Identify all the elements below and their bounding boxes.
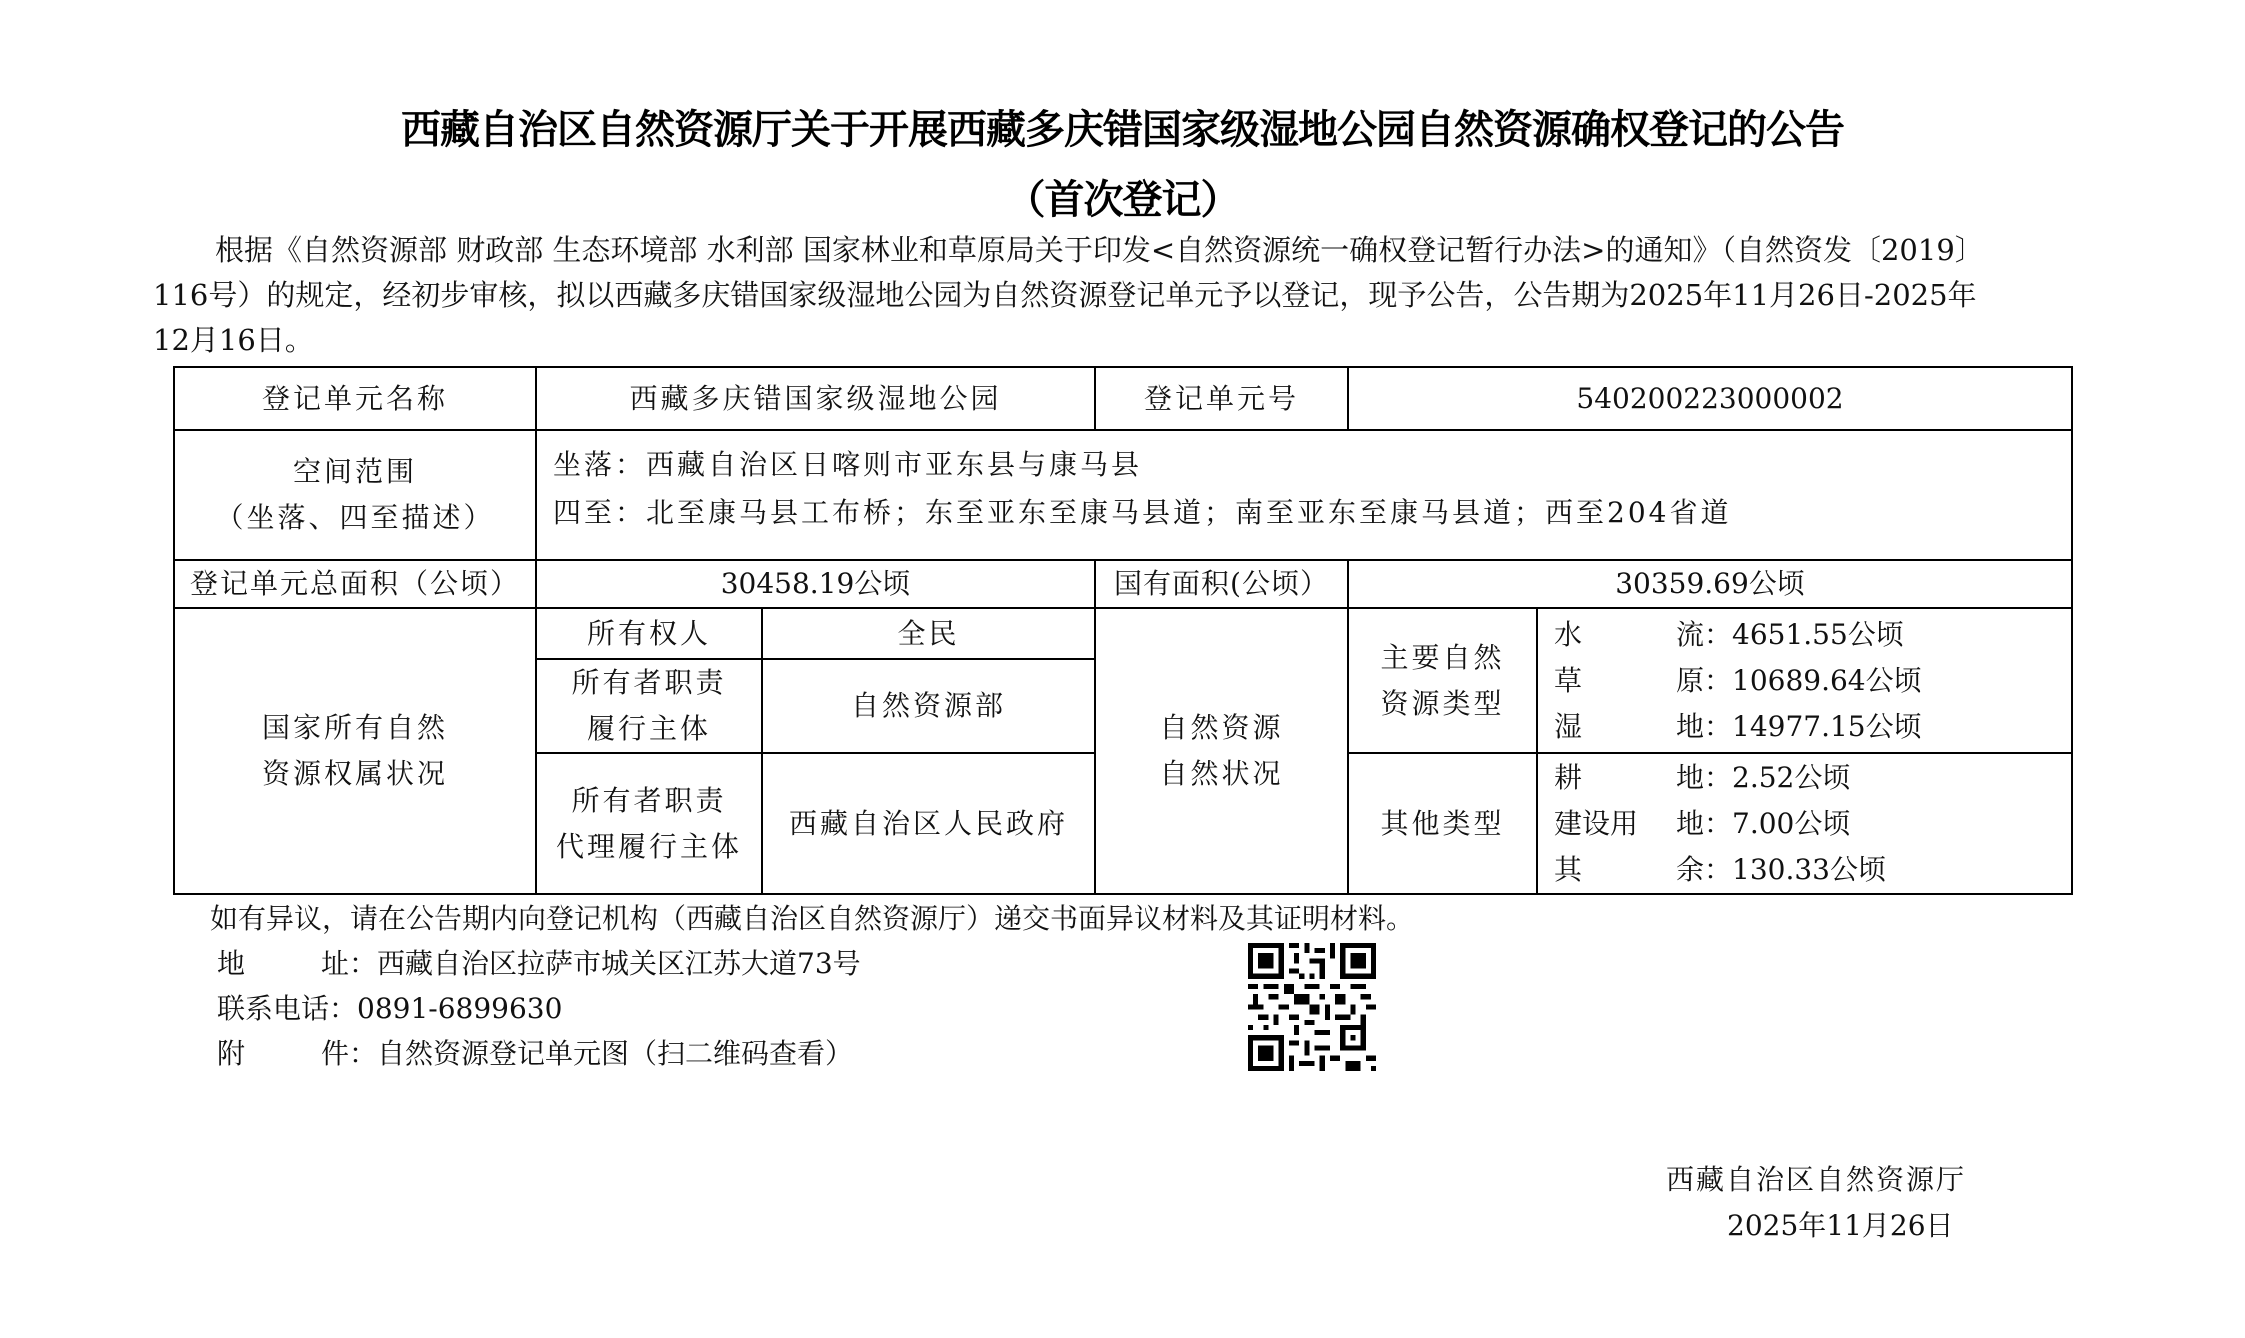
document-subtitle: （首次登记） bbox=[0, 168, 2245, 225]
intro-line-3: 12月16日。 bbox=[153, 318, 2073, 363]
main-type-row: 草原：10689.64公顷 bbox=[1554, 658, 1922, 704]
boundaries-text: 四至：北至康马县工布桥；东至亚东至康马县道；南至亚东至康马县道；西至204省道 bbox=[553, 489, 1731, 537]
other-type-row: 其余：130.33公顷 bbox=[1554, 847, 1886, 893]
agent-subject-value: 西藏自治区人民政府 bbox=[761, 752, 1096, 895]
other-types-values: 耕地：2.52公顷 建设用地：7.00公顷 其余：130.33公顷 bbox=[1536, 752, 2073, 895]
duty-subject-value: 自然资源部 bbox=[761, 658, 1096, 754]
intro-line-2: 116号）的规定，经初步审核，拟以西藏多庆错国家级湿地公园为自然资源登记单元予以… bbox=[153, 273, 2073, 318]
intro-line-1: 根据《自然资源部 财政部 生态环境部 水利部 国家林业和草原局关于印发<自然资源… bbox=[153, 228, 2073, 273]
intro-paragraph: 根据《自然资源部 财政部 生态环境部 水利部 国家林业和草原局关于印发<自然资源… bbox=[153, 228, 2073, 363]
state-area-value: 30359.69公顷 bbox=[1347, 559, 2073, 609]
objection-notice: 如有异议，请在公告期内向登记机构（西藏自治区自然资源厅）递交书面异议材料及其证明… bbox=[210, 896, 1414, 941]
owner-label: 所有权人 bbox=[535, 607, 763, 660]
ownership-status-label: 国家所有自然 资源权属状况 bbox=[173, 607, 537, 895]
attachment-value: 自然资源登记单元图（扫二维码查看） bbox=[377, 1037, 853, 1070]
location-text: 坐落：西藏自治区日喀则市亚东县与康马县 bbox=[553, 441, 1731, 489]
owner-value: 全民 bbox=[761, 607, 1096, 660]
other-type-row: 建设用地：7.00公顷 bbox=[1554, 801, 1886, 847]
main-types-values: 水流：4651.55公顷 草原：10689.64公顷 湿地：14977.15公顷 bbox=[1536, 607, 2073, 754]
signature-date: 2025年11月26日 bbox=[1727, 1204, 1954, 1244]
address-line: 地址：西藏自治区拉萨市城关区江苏大道73号 bbox=[217, 941, 861, 986]
main-type-row: 水流：4651.55公顷 bbox=[1554, 612, 1922, 658]
state-area-label: 国有面积(公顷） bbox=[1094, 559, 1349, 609]
signature-org: 西藏自治区自然资源厅 bbox=[1666, 1158, 1966, 1198]
natural-condition-label: 自然资源 自然状况 bbox=[1094, 607, 1349, 895]
unit-no-value: 540200223000002 bbox=[1347, 366, 2073, 431]
phone-value: 0891-6899630 bbox=[357, 992, 562, 1025]
unit-name-value: 西藏多庆错国家级湿地公园 bbox=[535, 366, 1096, 431]
main-types-label: 主要自然 资源类型 bbox=[1347, 607, 1538, 754]
qr-code-icon[interactable] bbox=[1248, 943, 1376, 1071]
document-title: 西藏自治区自然资源厅关于开展西藏多庆错国家级湿地公园自然资源确权登记的公告 bbox=[0, 98, 2245, 155]
total-area-value: 30458.19公顷 bbox=[535, 559, 1096, 609]
unit-name-label: 登记单元名称 bbox=[173, 366, 537, 431]
unit-no-label: 登记单元号 bbox=[1094, 366, 1349, 431]
phone-line: 联系电话：0891-6899630 bbox=[217, 986, 562, 1031]
main-type-row: 湿地：14977.15公顷 bbox=[1554, 704, 1922, 750]
other-types-label: 其他类型 bbox=[1347, 752, 1538, 895]
address-value: 西藏自治区拉萨市城关区江苏大道73号 bbox=[377, 947, 861, 980]
total-area-label: 登记单元总面积（公顷） bbox=[173, 559, 537, 609]
other-type-row: 耕地：2.52公顷 bbox=[1554, 755, 1886, 801]
spatial-range-label: 空间范围 （坐落、四至描述） bbox=[173, 429, 537, 561]
spatial-range-value: 坐落：西藏自治区日喀则市亚东县与康马县 四至：北至康马县工布桥；东至亚东至康马县… bbox=[535, 429, 2073, 561]
agent-subject-label: 所有者职责 代理履行主体 bbox=[535, 752, 763, 895]
attachment-line: 附件：自然资源登记单元图（扫二维码查看） bbox=[217, 1031, 853, 1076]
duty-subject-label: 所有者职责 履行主体 bbox=[535, 658, 763, 754]
